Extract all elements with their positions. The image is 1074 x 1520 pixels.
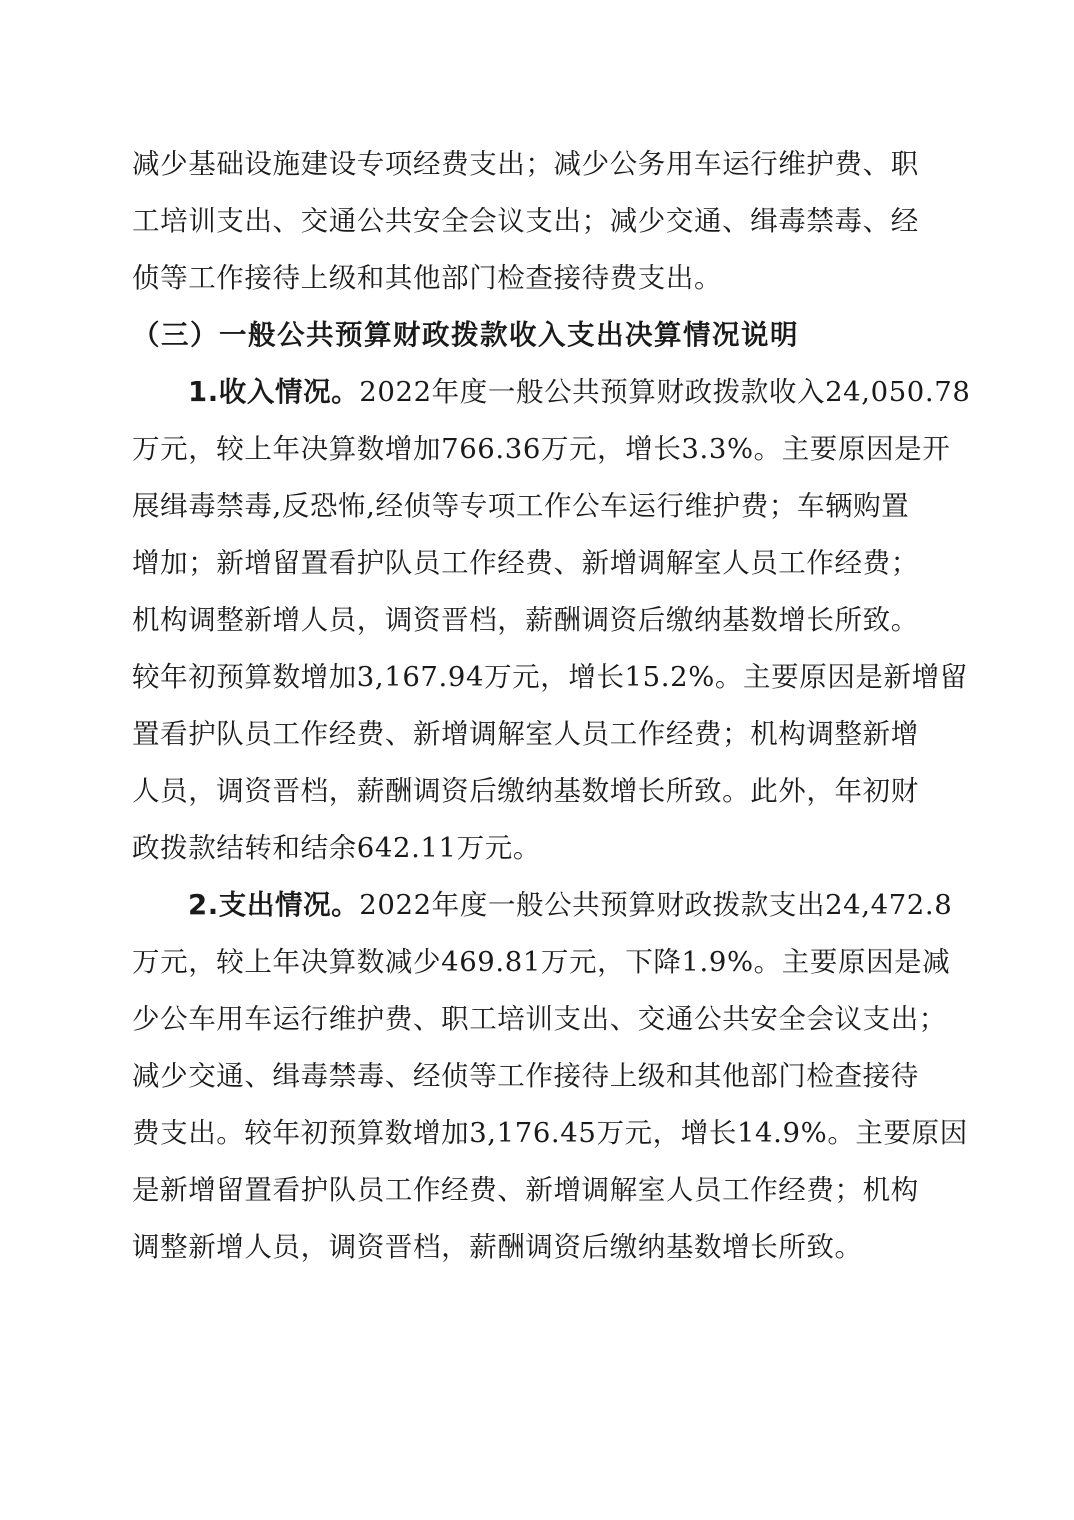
text-line: 工培训支出、交通公共安全会议支出；减少交通、缉毒禁毒、经 (132, 193, 944, 250)
text-line: 人员，调资晋档，薪酬调资后缴纳基数增长所致。此外，年初财 (132, 763, 944, 820)
text-line: 2.支出情况。2022年度一般公共预算财政拨款支出24,472.8 (132, 877, 944, 934)
text-line: 少公车用车运行维护费、职工培训支出、交通公共安全会议支出； (132, 991, 944, 1048)
document-page: 减少基础设施建设专项经费支出；减少公务用车运行维护费、职 工培训支出、交通公共安… (132, 136, 944, 1276)
text-line: 是新增留置看护队员工作经费、新增调解室人员工作经费；机构 (132, 1162, 944, 1219)
text-line: 费支出。较年初预算数增加3,176.45万元，增长14.9%。主要原因 (132, 1105, 944, 1162)
text-line: 政拨款结转和结余642.11万元。 (132, 820, 944, 877)
text-line: 1.收入情况。2022年度一般公共预算财政拨款收入24,050.78 (132, 364, 944, 421)
text-line: 较年初预算数增加3,167.94万元，增长15.2%。主要原因是新增留 (132, 649, 944, 706)
section-heading: （三）一般公共预算财政拨款收入支出决算情况说明 (132, 307, 944, 364)
text-line: 侦等工作接待上级和其他部门检查接待费支出。 (132, 250, 944, 307)
income-first-line: 2022年度一般公共预算财政拨款收入24,050.78 (359, 376, 970, 408)
text-line: 减少基础设施建设专项经费支出；减少公务用车运行维护费、职 (132, 136, 944, 193)
text-line: 万元，较上年决算数增加766.36万元，增长3.3%。主要原因是开 (132, 421, 944, 478)
text-line: 机构调整新增人员，调资晋档，薪酬调资后缴纳基数增长所致。 (132, 592, 944, 649)
expenditure-paragraph: 2.支出情况。2022年度一般公共预算财政拨款支出24,472.8 万元，较上年… (132, 877, 944, 1276)
text-line: 展缉毒禁毒,反恐怖,经侦等专项工作公车运行维护费；车辆购置 (132, 478, 944, 535)
text-line: 调整新增人员，调资晋档，薪酬调资后缴纳基数增长所致。 (132, 1219, 944, 1276)
income-paragraph: 1.收入情况。2022年度一般公共预算财政拨款收入24,050.78 万元，较上… (132, 364, 944, 877)
text-line: 减少交通、缉毒禁毒、经侦等工作接待上级和其他部门检查接待 (132, 1048, 944, 1105)
text-line: 万元，较上年决算数减少469.81万元，下降1.9%。主要原因是减 (132, 934, 944, 991)
income-label: 1.收入情况。 (188, 376, 359, 408)
expenditure-label: 2.支出情况。 (188, 889, 359, 921)
text-line: 置看护队员工作经费、新增调解室人员工作经费；机构调整新增 (132, 706, 944, 763)
text-line: 增加；新增留置看护队员工作经费、新增调解室人员工作经费； (132, 535, 944, 592)
intro-paragraph: 减少基础设施建设专项经费支出；减少公务用车运行维护费、职 工培训支出、交通公共安… (132, 136, 944, 307)
expenditure-first-line: 2022年度一般公共预算财政拨款支出24,472.8 (359, 889, 952, 921)
